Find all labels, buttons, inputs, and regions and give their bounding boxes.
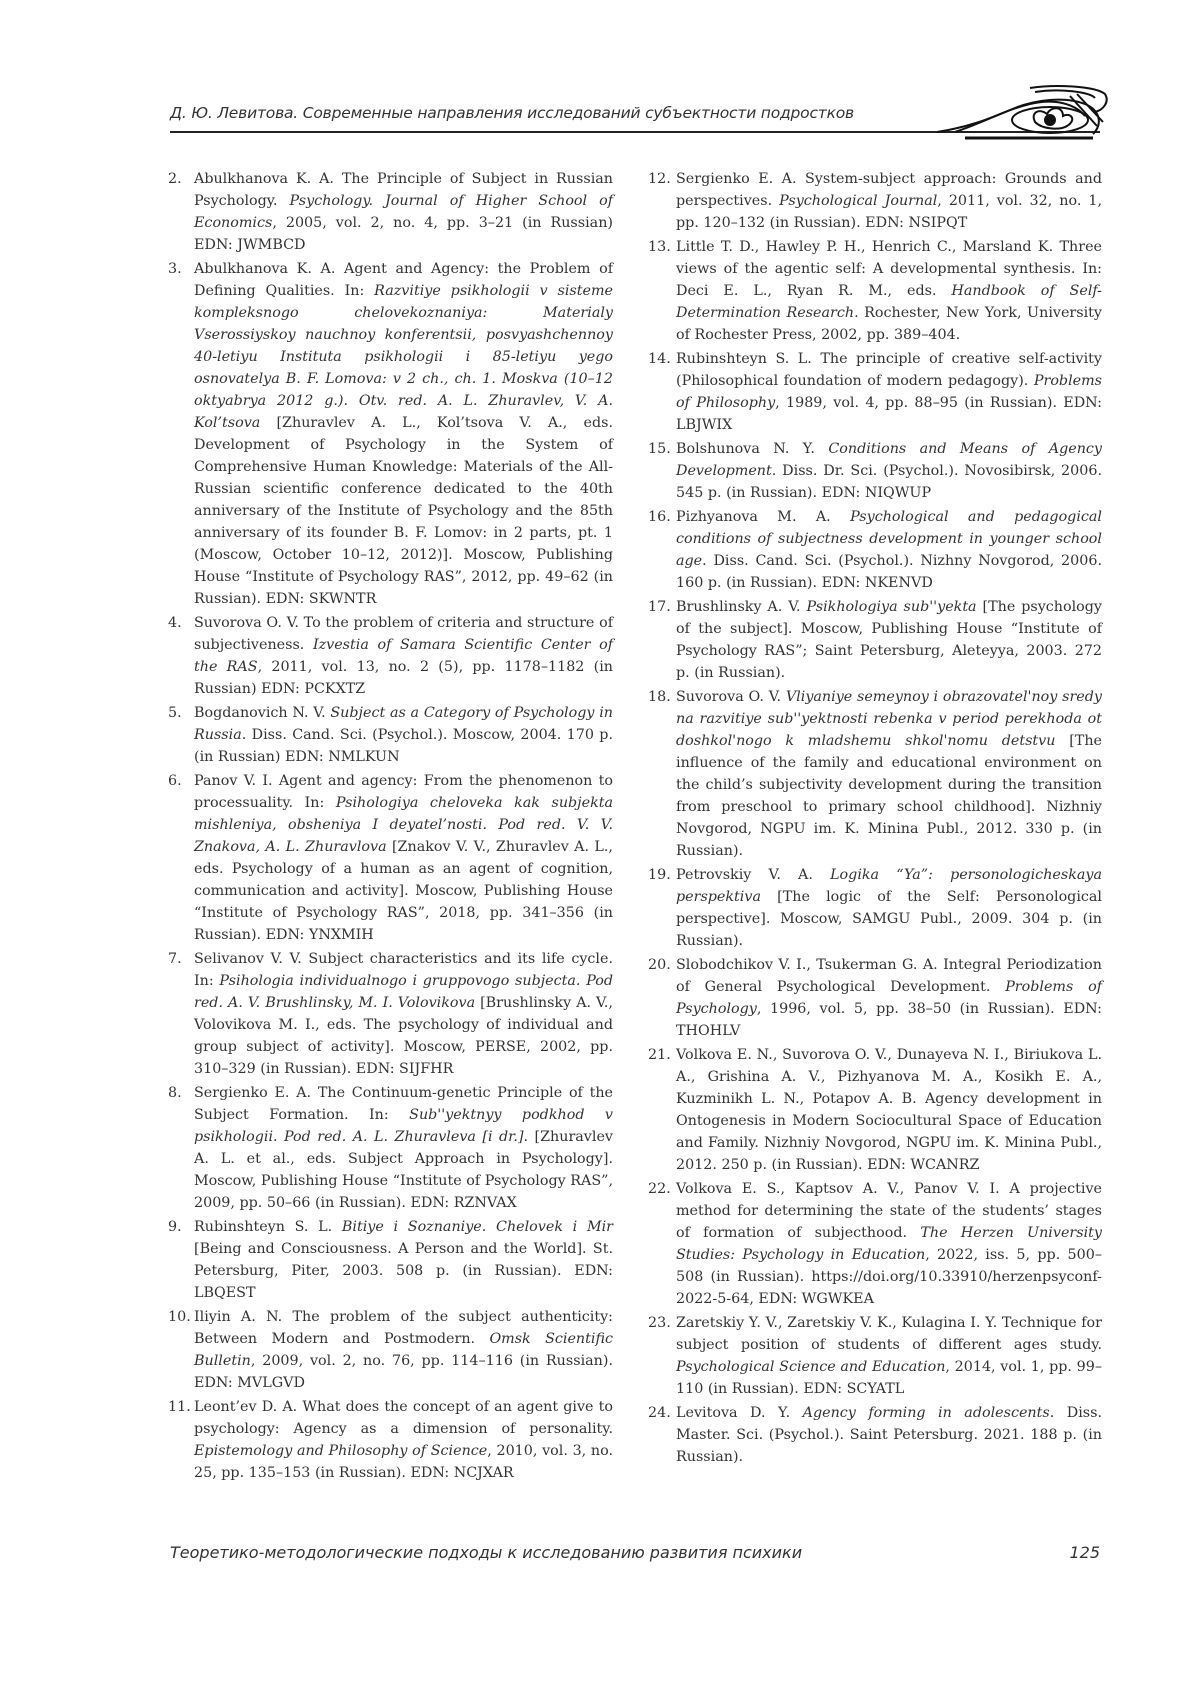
reference-number: 13. — [648, 236, 676, 346]
reference-text: Levitova D. Y. Agency forming in adolesc… — [676, 1402, 1102, 1468]
reference-segment: . Diss. Cand. Sci. (Psychol.). Moscow, 2… — [194, 727, 613, 765]
reference-number: 12. — [648, 168, 676, 234]
reference-segment: Petrovskiy V. A. — [676, 867, 830, 883]
reference-number: 19. — [648, 864, 676, 952]
reference-source-title: Bitiye i Soznaniye. Chelovek i Mir — [342, 1219, 613, 1235]
reference-segment: Rubinshteyn S. L. — [194, 1219, 342, 1235]
reference-segment: Leont’ev D. A. What does the concept of … — [194, 1399, 613, 1437]
reference-item: 18.Suvorova O. V. Vliyaniye semeynoy i o… — [648, 686, 1102, 862]
footer-section-title: Теоретико-методологические подходы к исс… — [170, 1543, 802, 1562]
reference-item: 15.Bolshunova N. Y. Conditions and Means… — [648, 438, 1102, 504]
reference-segment: Bolshunova N. Y. — [676, 441, 828, 457]
reference-item: 20.Slobodchikov V. I., Tsukerman G. A. I… — [648, 954, 1102, 1042]
reference-item: 6.Panov V. I. Agent and agency: From the… — [168, 770, 613, 946]
references-right-column: 12.Sergienko E. A. System-subject approa… — [648, 168, 1102, 1470]
reference-number: 10. — [168, 1306, 194, 1394]
reference-item: 17.Brushlinsky A. V. Psikhologiya sub''y… — [648, 596, 1102, 684]
reference-segment: Levitova D. Y. — [676, 1405, 803, 1421]
reference-text: Iliyin A. N. The problem of the subject … — [194, 1306, 613, 1394]
reference-text: Rubinshteyn S. L. Bitiye i Soznaniye. Ch… — [194, 1216, 613, 1304]
page-number: 125 — [1069, 1543, 1100, 1562]
reference-source-title: Psychological Journal — [779, 193, 937, 209]
reference-text: Bogdanovich N. V. Subject as a Category … — [194, 702, 613, 768]
reference-number: 5. — [168, 702, 194, 768]
reference-item: 24.Levitova D. Y. Agency forming in adol… — [648, 1402, 1102, 1468]
reference-item: 7.Selivanov V. V. Subject characteristic… — [168, 948, 613, 1080]
reference-text: Suvorova O. V. To the problem of criteri… — [194, 612, 613, 700]
reference-segment: , 2011, vol. 13, no. 2 (5), pp. 1178–118… — [194, 659, 613, 697]
reference-number: 21. — [648, 1044, 676, 1176]
reference-segment: Pizhyanova M. A. — [676, 509, 850, 525]
reference-text: Bolshunova N. Y. Conditions and Means of… — [676, 438, 1102, 504]
reference-source-title: Agency forming in adolescents — [803, 1405, 1050, 1421]
reference-segment: . Diss. Cand. Sci. (Psychol.). Nizhny No… — [676, 553, 1102, 591]
reference-number: 16. — [648, 506, 676, 594]
reference-item: 8.Sergienko E. A. The Continuum-genetic … — [168, 1082, 613, 1214]
reference-text: Sergienko E. A. System-subject approach:… — [676, 168, 1102, 234]
reference-segment: Zaretskiy Y. V., Zaretskiy V. K., Kulagi… — [676, 1315, 1102, 1353]
reference-item: 4.Suvorova O. V. To the problem of crite… — [168, 612, 613, 700]
running-title: Д. Ю. Левитова. Современные направления … — [170, 104, 854, 122]
reference-source-title: Psychological Science and Education — [676, 1359, 945, 1375]
reference-text: Abulkhanova K. A. The Principle of Subje… — [194, 168, 613, 256]
reference-segment: [Being and Consciousness. A Person and t… — [194, 1241, 613, 1301]
reference-item: 23.Zaretskiy Y. V., Zaretskiy V. K., Kul… — [648, 1312, 1102, 1400]
reference-item: 12.Sergienko E. A. System-subject approa… — [648, 168, 1102, 234]
reference-item: 9.Rubinshteyn S. L. Bitiye i Soznaniye. … — [168, 1216, 613, 1304]
reference-segment: Volkova E. N., Suvorova O. V., Dunayeva … — [676, 1047, 1102, 1173]
reference-number: 2. — [168, 168, 194, 256]
reference-segment: [The influence of the family and educati… — [676, 733, 1102, 859]
reference-number: 22. — [648, 1178, 676, 1310]
reference-segment: Brushlinsky A. V. — [676, 599, 807, 615]
reference-segment: , 2009, vol. 2, no. 76, pp. 114–116 (in … — [194, 1353, 613, 1391]
reference-item: 2.Abulkhanova K. A. The Principle of Sub… — [168, 168, 613, 256]
reference-number: 23. — [648, 1312, 676, 1400]
reference-segment: [Zhuravlev A. L., Kol’tsova V. A., eds. … — [194, 415, 613, 607]
reference-text: Panov V. I. Agent and agency: From the p… — [194, 770, 613, 946]
reference-item: 13.Little T. D., Hawley P. H., Henrich C… — [648, 236, 1102, 346]
reference-number: 4. — [168, 612, 194, 700]
reference-segment: Bogdanovich N. V. — [194, 705, 330, 721]
art-nouveau-flourish-icon — [935, 82, 1110, 140]
reference-number: 7. — [168, 948, 194, 1080]
reference-number: 17. — [648, 596, 676, 684]
reference-source-title: Psikhologiya sub''yekta — [807, 599, 977, 615]
reference-source-title: Epistemology and Philosophy of Science — [194, 1443, 487, 1459]
reference-item: 14.Rubinshteyn S. L. The principle of cr… — [648, 348, 1102, 436]
reference-item: 19.Petrovskiy V. A. Logika “Ya”: persono… — [648, 864, 1102, 952]
reference-item: 22.Volkova E. S., Kaptsov A. V., Panov V… — [648, 1178, 1102, 1310]
reference-item: 10.Iliyin A. N. The problem of the subje… — [168, 1306, 613, 1394]
reference-text: Suvorova O. V. Vliyaniye semeynoy i obra… — [676, 686, 1102, 862]
reference-source-title: Razvitiye psikhologii v sisteme kompleks… — [194, 283, 613, 431]
reference-text: Selivanov V. V. Subject characteristics … — [194, 948, 613, 1080]
reference-item: 11.Leont’ev D. A. What does the concept … — [168, 1396, 613, 1484]
reference-number: 20. — [648, 954, 676, 1042]
reference-item: 5.Bogdanovich N. V. Subject as a Categor… — [168, 702, 613, 768]
running-header: Д. Ю. Левитова. Современные направления … — [170, 100, 1100, 140]
reference-text: Sergienko E. A. The Continuum-genetic Pr… — [194, 1082, 613, 1214]
references-left-column: 2.Abulkhanova K. A. The Principle of Sub… — [168, 168, 613, 1486]
reference-number: 3. — [168, 258, 194, 610]
reference-number: 9. — [168, 1216, 194, 1304]
reference-number: 15. — [648, 438, 676, 504]
reference-number: 18. — [648, 686, 676, 862]
reference-number: 24. — [648, 1402, 676, 1468]
reference-text: Slobodchikov V. I., Tsukerman G. A. Inte… — [676, 954, 1102, 1042]
reference-text: Petrovskiy V. A. Logika “Ya”: personolog… — [676, 864, 1102, 952]
reference-number: 8. — [168, 1082, 194, 1214]
reference-text: Pizhyanova M. A. Psychological and pedag… — [676, 506, 1102, 594]
reference-text: Volkova E. N., Suvorova O. V., Dunayeva … — [676, 1044, 1102, 1176]
reference-item: 21.Volkova E. N., Suvorova O. V., Dunaye… — [648, 1044, 1102, 1176]
reference-number: 11. — [168, 1396, 194, 1484]
reference-text: Abulkhanova K. A. Agent and Agency: the … — [194, 258, 613, 610]
reference-text: Leont’ev D. A. What does the concept of … — [194, 1396, 613, 1484]
reference-item: 3.Abulkhanova K. A. Agent and Agency: th… — [168, 258, 613, 610]
reference-number: 6. — [168, 770, 194, 946]
reference-text: Brushlinsky A. V. Psikhologiya sub''yekt… — [676, 596, 1102, 684]
reference-text: Rubinshteyn S. L. The principle of creat… — [676, 348, 1102, 436]
reference-item: 16.Pizhyanova M. A. Psychological and pe… — [648, 506, 1102, 594]
reference-text: Little T. D., Hawley P. H., Henrich C., … — [676, 236, 1102, 346]
reference-number: 14. — [648, 348, 676, 436]
reference-segment: Suvorova O. V. — [676, 689, 786, 705]
reference-text: Volkova E. S., Kaptsov A. V., Panov V. I… — [676, 1178, 1102, 1310]
reference-text: Zaretskiy Y. V., Zaretskiy V. K., Kulagi… — [676, 1312, 1102, 1400]
